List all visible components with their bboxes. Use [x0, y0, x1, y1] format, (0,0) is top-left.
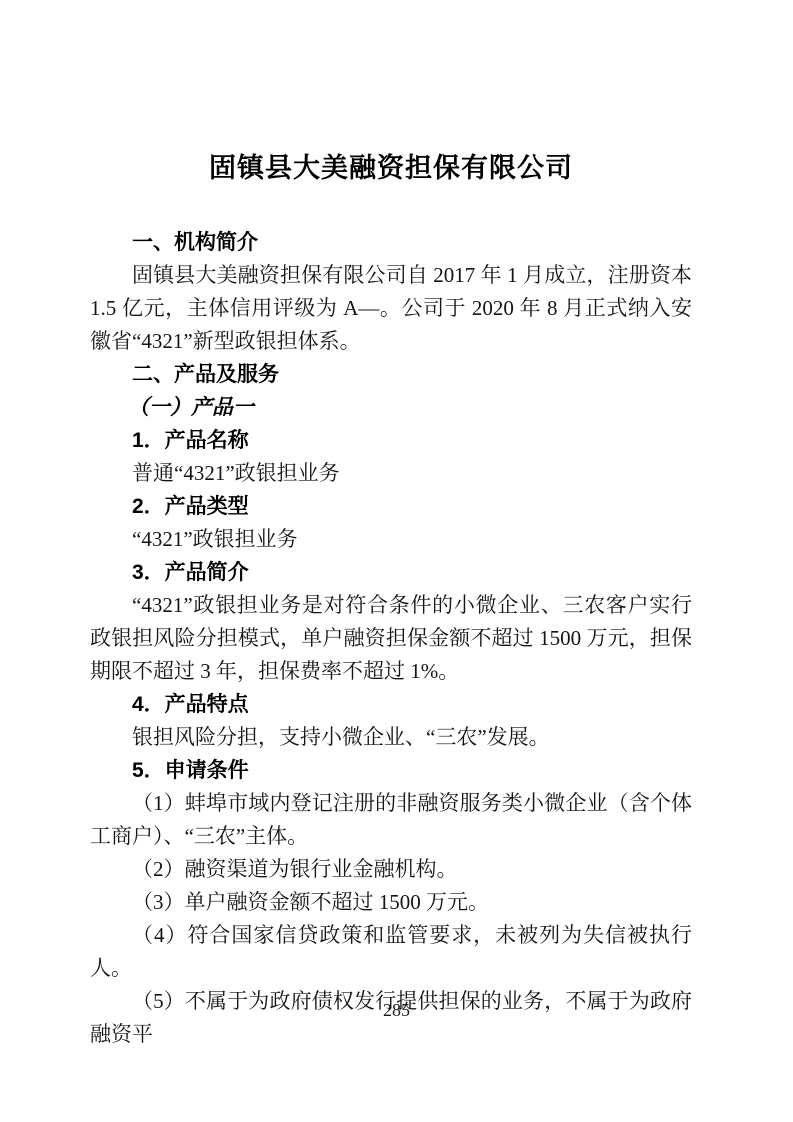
document-title-text: 固镇县大美融资担保有限公司 [209, 153, 573, 183]
section-heading-org-intro: 一、机构简介 [90, 226, 692, 259]
product-type-line: “4321”政银担业务 [90, 523, 692, 556]
document-title: 固镇县大美融资担保有限公司 [90, 148, 692, 188]
product-features-line: 银担风险分担，支持小微企业、“三农”发展。 [90, 721, 692, 754]
org-intro-paragraph: 固镇县大美融资担保有限公司自 2017 年 1 月成立，注册资本 1.5 亿元，… [90, 259, 692, 358]
document-content: 固镇县大美融资担保有限公司 一、机构简介 固镇县大美融资担保有限公司自 2017… [90, 148, 692, 1051]
condition-3-paragraph: （3）单户融资金额不超过 1500 万元。 [90, 886, 692, 919]
product-name-line: 普通“4321”政银担业务 [90, 457, 692, 490]
item-heading-product-features: 4．产品特点 [90, 688, 692, 721]
page-number: 285 [0, 998, 793, 1022]
section-heading-products-services: 二、产品及服务 [90, 358, 692, 391]
product-intro-paragraph: “4321”政银担业务是对符合条件的小微企业、三农客户实行政银担风险分担模式，单… [90, 589, 692, 688]
item-heading-product-type: 2．产品类型 [90, 490, 692, 523]
document-page: 固镇县大美融资担保有限公司 一、机构简介 固镇县大美融资担保有限公司自 2017… [0, 0, 793, 1122]
condition-2-paragraph: （2）融资渠道为银行业金融机构。 [90, 853, 692, 886]
condition-1-paragraph: （1）蚌埠市域内登记注册的非融资服务类小微企业（含个体工商户）、“三农”主体。 [90, 787, 692, 853]
item-heading-application-conditions: 5．申请条件 [90, 754, 692, 787]
item-heading-product-name: 1．产品名称 [90, 424, 692, 457]
subsection-heading-product-1: （一）产品一 [90, 391, 692, 424]
item-heading-product-intro: 3．产品简介 [90, 556, 692, 589]
condition-4-paragraph: （4）符合国家信贷政策和监管要求，未被列为失信被执行人。 [90, 919, 692, 985]
